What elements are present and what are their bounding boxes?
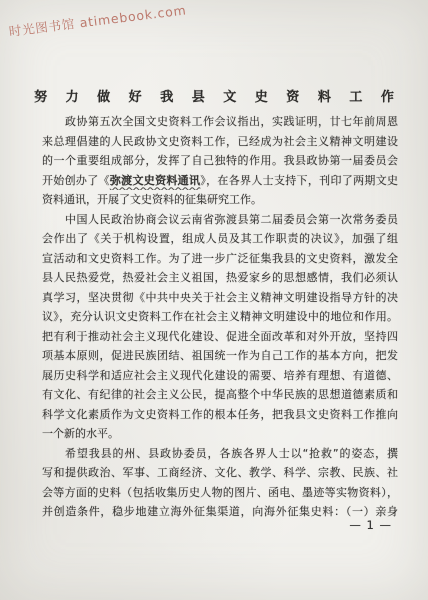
body-line: 政协第五次全国文史资料工作会议指出，实践证明，廿七年前周恩 <box>42 112 398 132</box>
body-line: 会作出了《关于机构设置，组成人员及其工作职责的决议》，加强了组 <box>42 229 398 249</box>
body-line: 资料通讯，开展了文史资料的征集研究工作。 <box>42 190 398 210</box>
watermark: 时光图书馆 atimebook.com <box>8 0 188 40</box>
body-line: 展历史科学和适应社会主义现代化建设的需要、培养有理想、有道德、 <box>42 366 398 386</box>
body-line: 宣活动和文史资料工作。为了进一步广泛征集我县的文史资料，激发全 <box>42 249 398 269</box>
body-line: 项基本原则，促进民族团结、祖国统一作为自己工作的基本方向，把发 <box>42 346 398 366</box>
body-line: 写和提供政治、军事、工商经济、文化、教学、科学、宗教、民族、社 <box>42 463 398 483</box>
body-line: 真学习，坚决贯彻《中共中央关于社会主义精神文明建设指导方针的决 <box>42 288 398 308</box>
body-line: 有文化、有纪律的社会主义公民，提高整个中华民族的思想道德素质和 <box>42 385 398 405</box>
body-line: 开始创办了《弥渡文史资料通讯》，在各界人士支持下，刊印了两期文史 <box>42 171 398 191</box>
body-line: 议》，充分认识文史资料工作在社会主义精神文明建设中的地位和作用。 <box>42 307 398 327</box>
body-line: 希望我县的州、县政协委员，各族各界人士以“抢救”的姿态，撰 <box>42 444 398 464</box>
body-line: 会等方面的史料（包括收集历史人物的图片、函电、墨迹等实物资料）， <box>42 483 398 503</box>
body-line: 并创造条件，稳步地建立海外征集渠道，向海外征集史料：（一）亲身 <box>42 502 398 522</box>
scanned-document-page: 时光图书馆 atimebook.com 努 力 做 好 我 县 文 史 资 料 … <box>0 0 428 600</box>
page-title: 努 力 做 好 我 县 文 史 资 料 工 作 <box>0 86 428 105</box>
marked-title-text: 弥渡文史资料通讯 <box>110 174 200 187</box>
body-line: 一个新的水平。 <box>42 424 398 444</box>
page-number: — 1 — <box>349 518 392 532</box>
body-line: 把有利于推动社会主义现代化建设、促进全面改革和对外开放，坚持四 <box>42 327 398 347</box>
body-line: 科学文化素质作为文史资料工作的根本任务，把我县文史资料工作推向 <box>42 405 398 425</box>
body-line: 县人民热爱党，热爱社会主义祖国，热爱家乡的思想感情，我们必须认 <box>42 268 398 288</box>
body-text: 政协第五次全国文史资料工作会议指出，实践证明，廿七年前周恩来总理倡建的人民政协文… <box>42 112 398 522</box>
body-line: 的一个重要组成部分，发挥了自己独特的作用。我县政协第一届委员会 <box>42 151 398 171</box>
body-line: 中国人民政治协商会议云南省弥渡县第二届委员会第一次常务委员 <box>42 210 398 230</box>
body-line: 来总理倡建的人民政协文史资料工作，已经成为社会主义精神文明建设 <box>42 132 398 152</box>
